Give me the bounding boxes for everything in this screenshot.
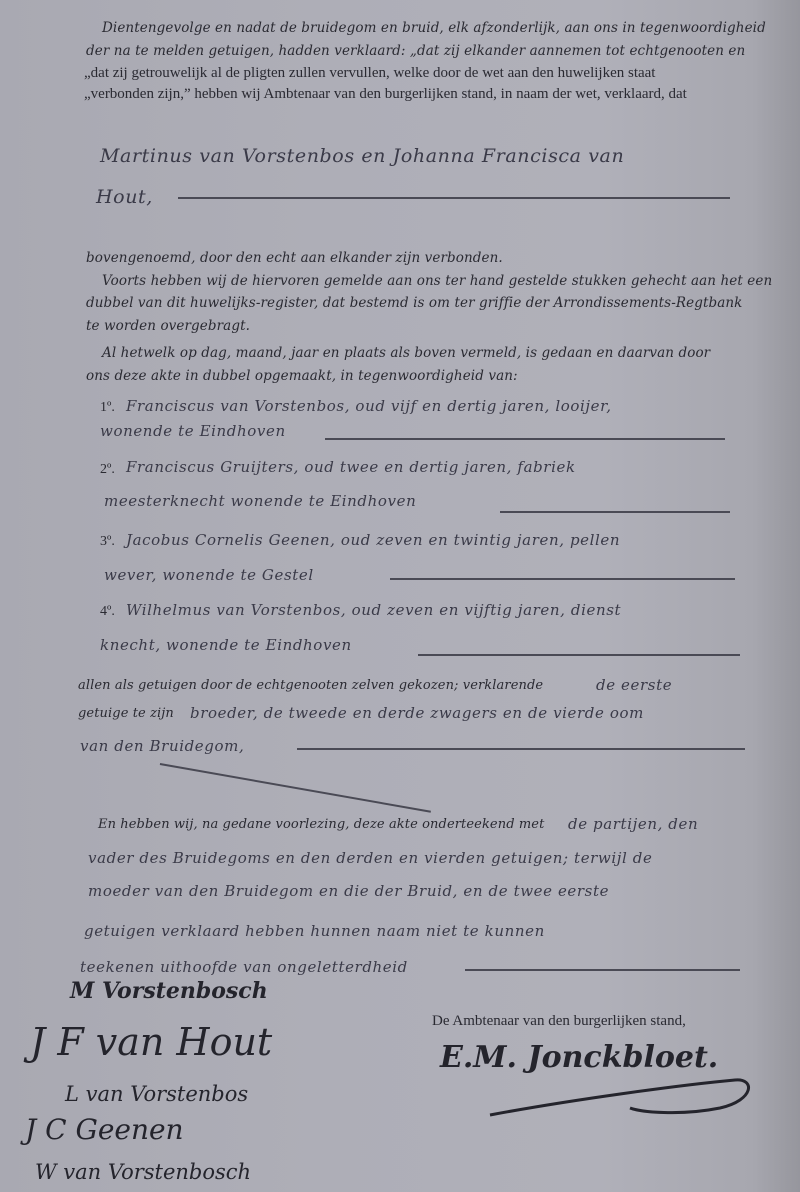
relation-hand: broeder, de tweede en derde zwagers en d… [190,704,644,722]
body-line-5: Al hetwelk op dag, maand, jaar en plaats… [102,345,710,361]
witness-3-line2: wever, wonende te Gestel [104,566,314,584]
witness-2-number: 2º. [100,462,115,478]
body-line-1: bovengenoemd, door den echt aan elkander… [86,250,503,266]
intro-line-1: Dientengevolge en nadat de bruidegom en … [102,20,766,36]
signature-witness-3: J C Geenen [25,1113,184,1146]
signing-hand-1: de partijen, den [568,815,698,833]
fill-line [297,748,745,750]
signing-hand-4: getuigen verklaard hebben hunnen naam ni… [84,922,545,940]
signing-hand-2: vader des Bruidegoms en den derden en vi… [88,849,652,867]
spouses-handwritten-1: Martinus van Vorstenbos en Johanna Franc… [100,145,624,167]
signature-flourish [480,1060,760,1120]
intro-line-2: der na te melden getuigen, hadden verkla… [86,43,745,59]
witness-1-line2: wonende te Eindhoven [100,422,286,440]
witness-1-line1: Franciscus van Vorstenbos, oud vijf en d… [126,397,612,415]
officer-label: De Ambtenaar van den burgerlijken stand, [432,1013,686,1030]
fill-line [178,197,730,199]
signature-groom: M Vorstenbosch [70,978,268,1004]
witness-4-line1: Wilhelmus van Vorstenbos, oud zeven en v… [126,601,621,619]
relation-hand-2: van den Bruidegom, [80,737,244,755]
witness-4-line2: knecht, wonende te Eindhoven [100,636,352,654]
fill-line [500,511,730,513]
intro-line-3: „dat zij getrouwelijk al de pligten zull… [84,65,655,82]
body-line-4: te worden overgebragt. [86,318,250,334]
chosen-print: allen als getuigen door de echtgenooten … [78,678,543,693]
fill-line [325,438,725,440]
witness-2-line2: meesterknecht wonende te Eindhoven [104,492,416,510]
fill-line [390,578,735,580]
marriage-record-page: Dientengevolge en nadat de bruidegom en … [0,0,800,1192]
spouses-handwritten-2: Hout, [96,186,153,208]
body-line-3: dubbel van dit huwelijks-register, dat b… [86,295,742,311]
witness-4-number: 4º. [100,604,115,620]
witness-2-line1: Franciscus Gruijters, oud twee en dertig… [126,458,576,476]
cancel-stroke [160,763,431,812]
witness-1-number: 1º. [100,400,115,416]
signing-print: En hebben wij, na gedane voorlezing, dez… [98,817,544,832]
witness-3-line1: Jacobus Cornelis Geenen, oud zeven en tw… [126,531,620,549]
witness-3-number: 3º. [100,534,115,550]
signature-father: L van Vorstenbos [65,1082,248,1106]
signing-hand-5: teekenen uithoofde van ongeletterdheid [80,958,408,976]
intro-line-4: „verbonden zijn,” hebben wij Ambtenaar v… [84,86,687,103]
body-line-6: ons deze akte in dubbel opgemaakt, in te… [86,368,518,384]
fill-line [418,654,740,656]
relation-print: getuige te zijn [78,706,174,721]
signature-witness-4: W van Vorstenbosch [35,1160,251,1184]
body-line-2: Voorts hebben wij de hiervoren gemelde a… [102,273,772,289]
chosen-hand: de eerste [596,676,672,694]
signature-bride: J F van Hout [30,1020,272,1064]
signing-hand-3: moeder van den Bruidegom en die der Brui… [88,882,609,900]
fill-line [465,969,740,971]
